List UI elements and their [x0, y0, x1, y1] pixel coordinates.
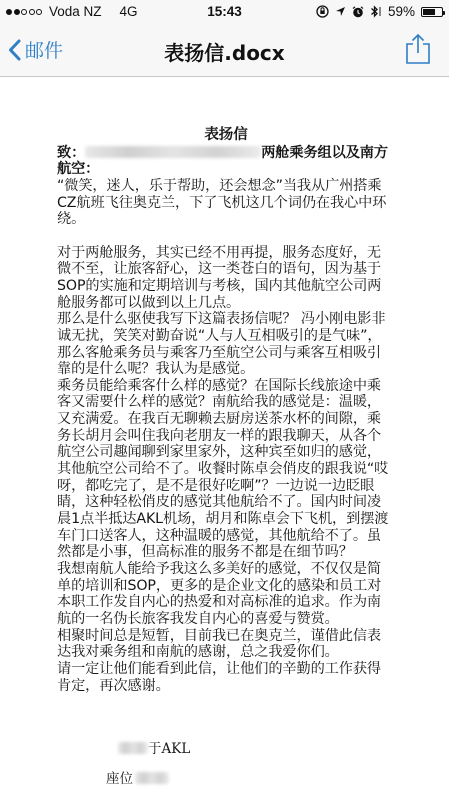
signature-location: 于AKL: [118, 737, 190, 757]
letter-paragraph: 我想南航人能给予我这么多美好的感觉，不仅仅是简单的培训和SOP，更多的是企业文化…: [57, 561, 395, 628]
back-button[interactable]: 邮件: [8, 36, 63, 63]
letter-paragraph: 请一定让他们能看到此信，让他们的辛勤的工作获得肯定，再次感谢。: [57, 661, 395, 694]
bluetooth-icon: [370, 5, 382, 18]
letter-paragraph: 相聚时间总是短暂，目前我已在奥克兰，谨借此信表达我对乘务组和南航的感谢，总之我爱…: [57, 628, 395, 661]
location-arrow-icon: [335, 6, 346, 17]
share-icon: [405, 33, 431, 65]
redacted-seat: [135, 772, 169, 784]
chevron-left-icon: [8, 39, 21, 61]
redacted-recipient: [85, 146, 261, 158]
redacted-name: [118, 742, 148, 754]
letter-addressee: 致：两舱乘务组以及南方航空：: [57, 145, 395, 178]
battery-icon: [421, 7, 443, 17]
document-title: 表扬信.docx: [0, 37, 449, 66]
letter-paragraph: “微笑，迷人，乐于帮助，还会想念”当我从广州搭乘CZ航班飞往奥克兰，下了飞机这几…: [57, 178, 395, 228]
letter-title: 表扬信: [57, 127, 395, 144]
orientation-lock-icon: [316, 5, 329, 18]
back-button-label: 邮件: [25, 36, 63, 63]
letter-paragraph: 那么是什么驱使我写下这篇表扬信呢？ 冯小刚电影非诚无扰，笑笑对勤奋说“人与人互相…: [57, 311, 395, 378]
battery-percent: 59%: [388, 4, 415, 19]
status-bar: Voda NZ 4G 15:43 59%: [0, 0, 449, 24]
document-body: 表扬信 致：两舱乘务组以及南方航空： “微笑，迷人，乐于帮助，还会想念”当我从广…: [57, 127, 395, 694]
navigation-bar: 邮件 表扬信.docx: [0, 24, 449, 77]
letter-paragraph: 乘务员能给乘客什么样的感觉？在国际长线旅途中乘客又需要什么样的感觉？南航给我的感…: [57, 378, 395, 561]
share-button[interactable]: [405, 33, 431, 69]
alarm-icon: [352, 6, 364, 18]
paragraph-spacer: [57, 228, 395, 245]
letter-paragraph: 对于两舱服务，其实已经不用再提，服务态度好，无微不至，让旅客舒心，这一类苍白的语…: [57, 245, 395, 312]
signature-seat: 座位: [106, 767, 169, 787]
